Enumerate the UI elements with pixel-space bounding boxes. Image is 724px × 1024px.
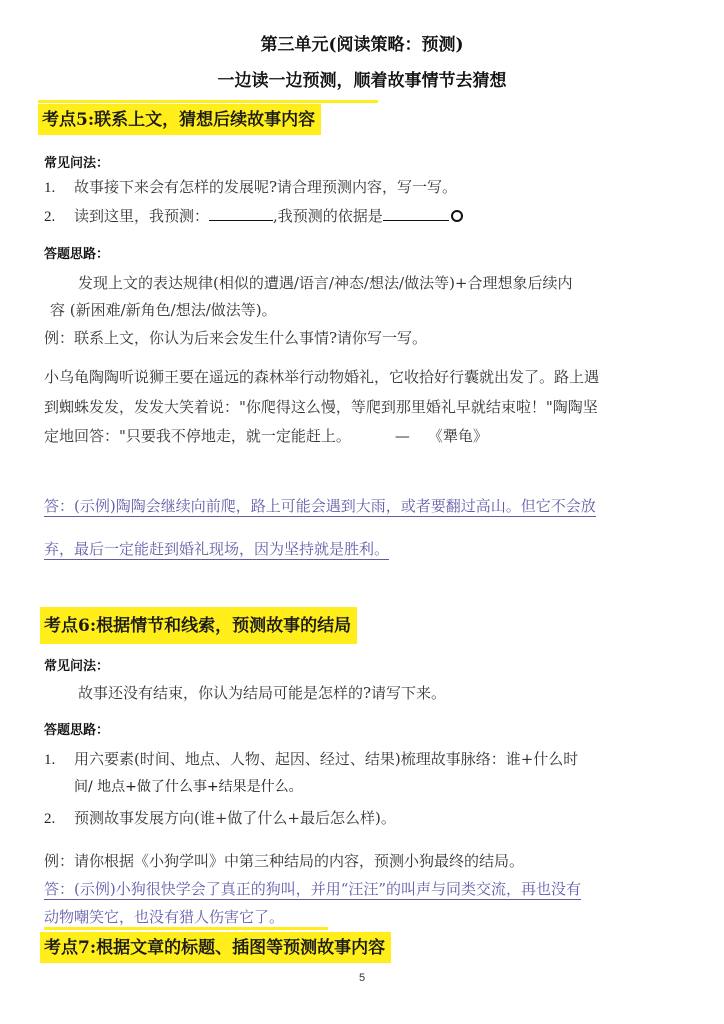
section5-example: 例：联系上文，你认为后来会发生什么事情?请你写一写。 xyxy=(44,327,427,348)
section6-approach-label: 答题思路： xyxy=(44,719,109,738)
section6-example: 例：请你根据《小狗学叫》中第三种结局的内容，预测小狗最终的结局。 xyxy=(44,850,524,871)
passage-line-2: 到蜘蛛发发，发发大笑着说："你爬得这么慢，等爬到那里婚礼早就结束啦！"陶陶坚 xyxy=(44,396,598,417)
section6-approach-1-cont: 间/ 地点+做了什么事+结果是什么。 xyxy=(74,776,303,796)
highlight-bar xyxy=(38,100,378,103)
passage-line-3: 定地回答："只要我不停地走，就一定能赶上。—《犟龟》 xyxy=(44,425,488,446)
section6-answer-line-2: 动物嘲笑它，也没有猎人伤害它了。 xyxy=(44,906,284,927)
answer-text: 弃，最后一定能赶到婚礼现场，因为坚持就是胜利。 xyxy=(44,540,389,560)
period-circle-icon xyxy=(451,210,463,222)
list-number: 1. xyxy=(44,180,74,197)
question-text: 故事接下来会有怎样的发展呢?请合理预测内容，写一写。 xyxy=(74,178,457,196)
source-dash: — xyxy=(395,427,410,445)
answer-text: 答：(示例)小狗很快学会了真正的狗叫，并用“汪汪”的叫声与同类交流，再也没有 xyxy=(44,880,581,900)
unit-title: 第三单元(阅读策略：预测) xyxy=(0,30,724,55)
passage-source: 《犟龟》 xyxy=(428,427,488,445)
unit-subtitle: 一边读一边预测，顺着故事情节去猜想 xyxy=(0,66,724,91)
section6-approach-2: 2.预测故事发展方向(谁+做了什么+最后怎么样)。 xyxy=(44,807,396,828)
list-number: 1. xyxy=(44,752,74,769)
passage-text: 定地回答："只要我不停地走，就一定能赶上。 xyxy=(44,427,351,445)
approach-text: 用六要素(时间、地点、人物、起因、经过、结果)梳理故事脉络：谁+什么时 xyxy=(74,750,578,768)
section5-answer-line-2: 弃，最后一定能赶到婚礼现场，因为坚持就是胜利。 xyxy=(44,538,389,559)
section5-answer-line-1: 答：(示例)陶陶会继续向前爬，路上可能会遇到大雨，或者要翻过高山。但它不会放 xyxy=(44,495,596,516)
page-number: 5 xyxy=(0,972,724,984)
list-number: 2. xyxy=(44,209,74,226)
answer-text: 动物嘲笑它，也没有猎人伤害它了。 xyxy=(44,908,284,928)
section5-approach-line1: 发现上文的表达规律(相似的遭遇/语言/神态/想法/做法等)+合理想象后续内 xyxy=(78,272,573,293)
section6-question: 故事还没有结束，你认为结局可能是怎样的?请写下来。 xyxy=(78,682,446,703)
section5-question-1: 1.故事接下来会有怎样的发展呢?请合理预测内容，写一写。 xyxy=(44,176,457,197)
section5-questions-label: 常见问法： xyxy=(44,152,109,171)
highlight-bar xyxy=(44,927,328,930)
section5-approach-label: 答题思路： xyxy=(44,243,109,262)
question-text-b: ,我预测的依据是 xyxy=(273,207,383,225)
section5-approach-line2: 容 (新困难/新角色/想法/做法等)。 xyxy=(50,299,277,320)
answer-text: 答：(示例)陶陶会继续向前爬，路上可能会遇到大雨，或者要翻过高山。但它不会放 xyxy=(44,497,596,517)
section5-question-2: 2.读到这里，我预测：,我预测的依据是 xyxy=(44,205,463,226)
section6-questions-label: 常见问法： xyxy=(44,655,109,674)
approach-text: 预测故事发展方向(谁+做了什么+最后怎么样)。 xyxy=(74,809,396,827)
section6-heading: 考点6:根据情节和线索，预测故事的结局 xyxy=(40,607,357,644)
fill-blank-2[interactable] xyxy=(383,206,449,221)
section6-approach-1: 1.用六要素(时间、地点、人物、起因、经过、结果)梳理故事脉络：谁+什么时 xyxy=(44,748,578,769)
passage-line-1: 小乌龟陶陶听说狮王要在遥远的森林举行动物婚礼，它收拾好行囊就出发了。路上遇 xyxy=(44,366,599,387)
section5-heading: 考点5:联系上文，猜想后续故事内容 xyxy=(38,104,321,135)
section6-answer-line-1: 答：(示例)小狗很快学会了真正的狗叫，并用“汪汪”的叫声与同类交流，再也没有 xyxy=(44,878,581,899)
question-text-a: 读到这里，我预测： xyxy=(74,207,209,225)
list-number: 2. xyxy=(44,811,74,828)
section7-heading: 考点7:根据文章的标题、插图等预测故事内容 xyxy=(40,932,391,963)
fill-blank-1[interactable] xyxy=(209,206,273,221)
